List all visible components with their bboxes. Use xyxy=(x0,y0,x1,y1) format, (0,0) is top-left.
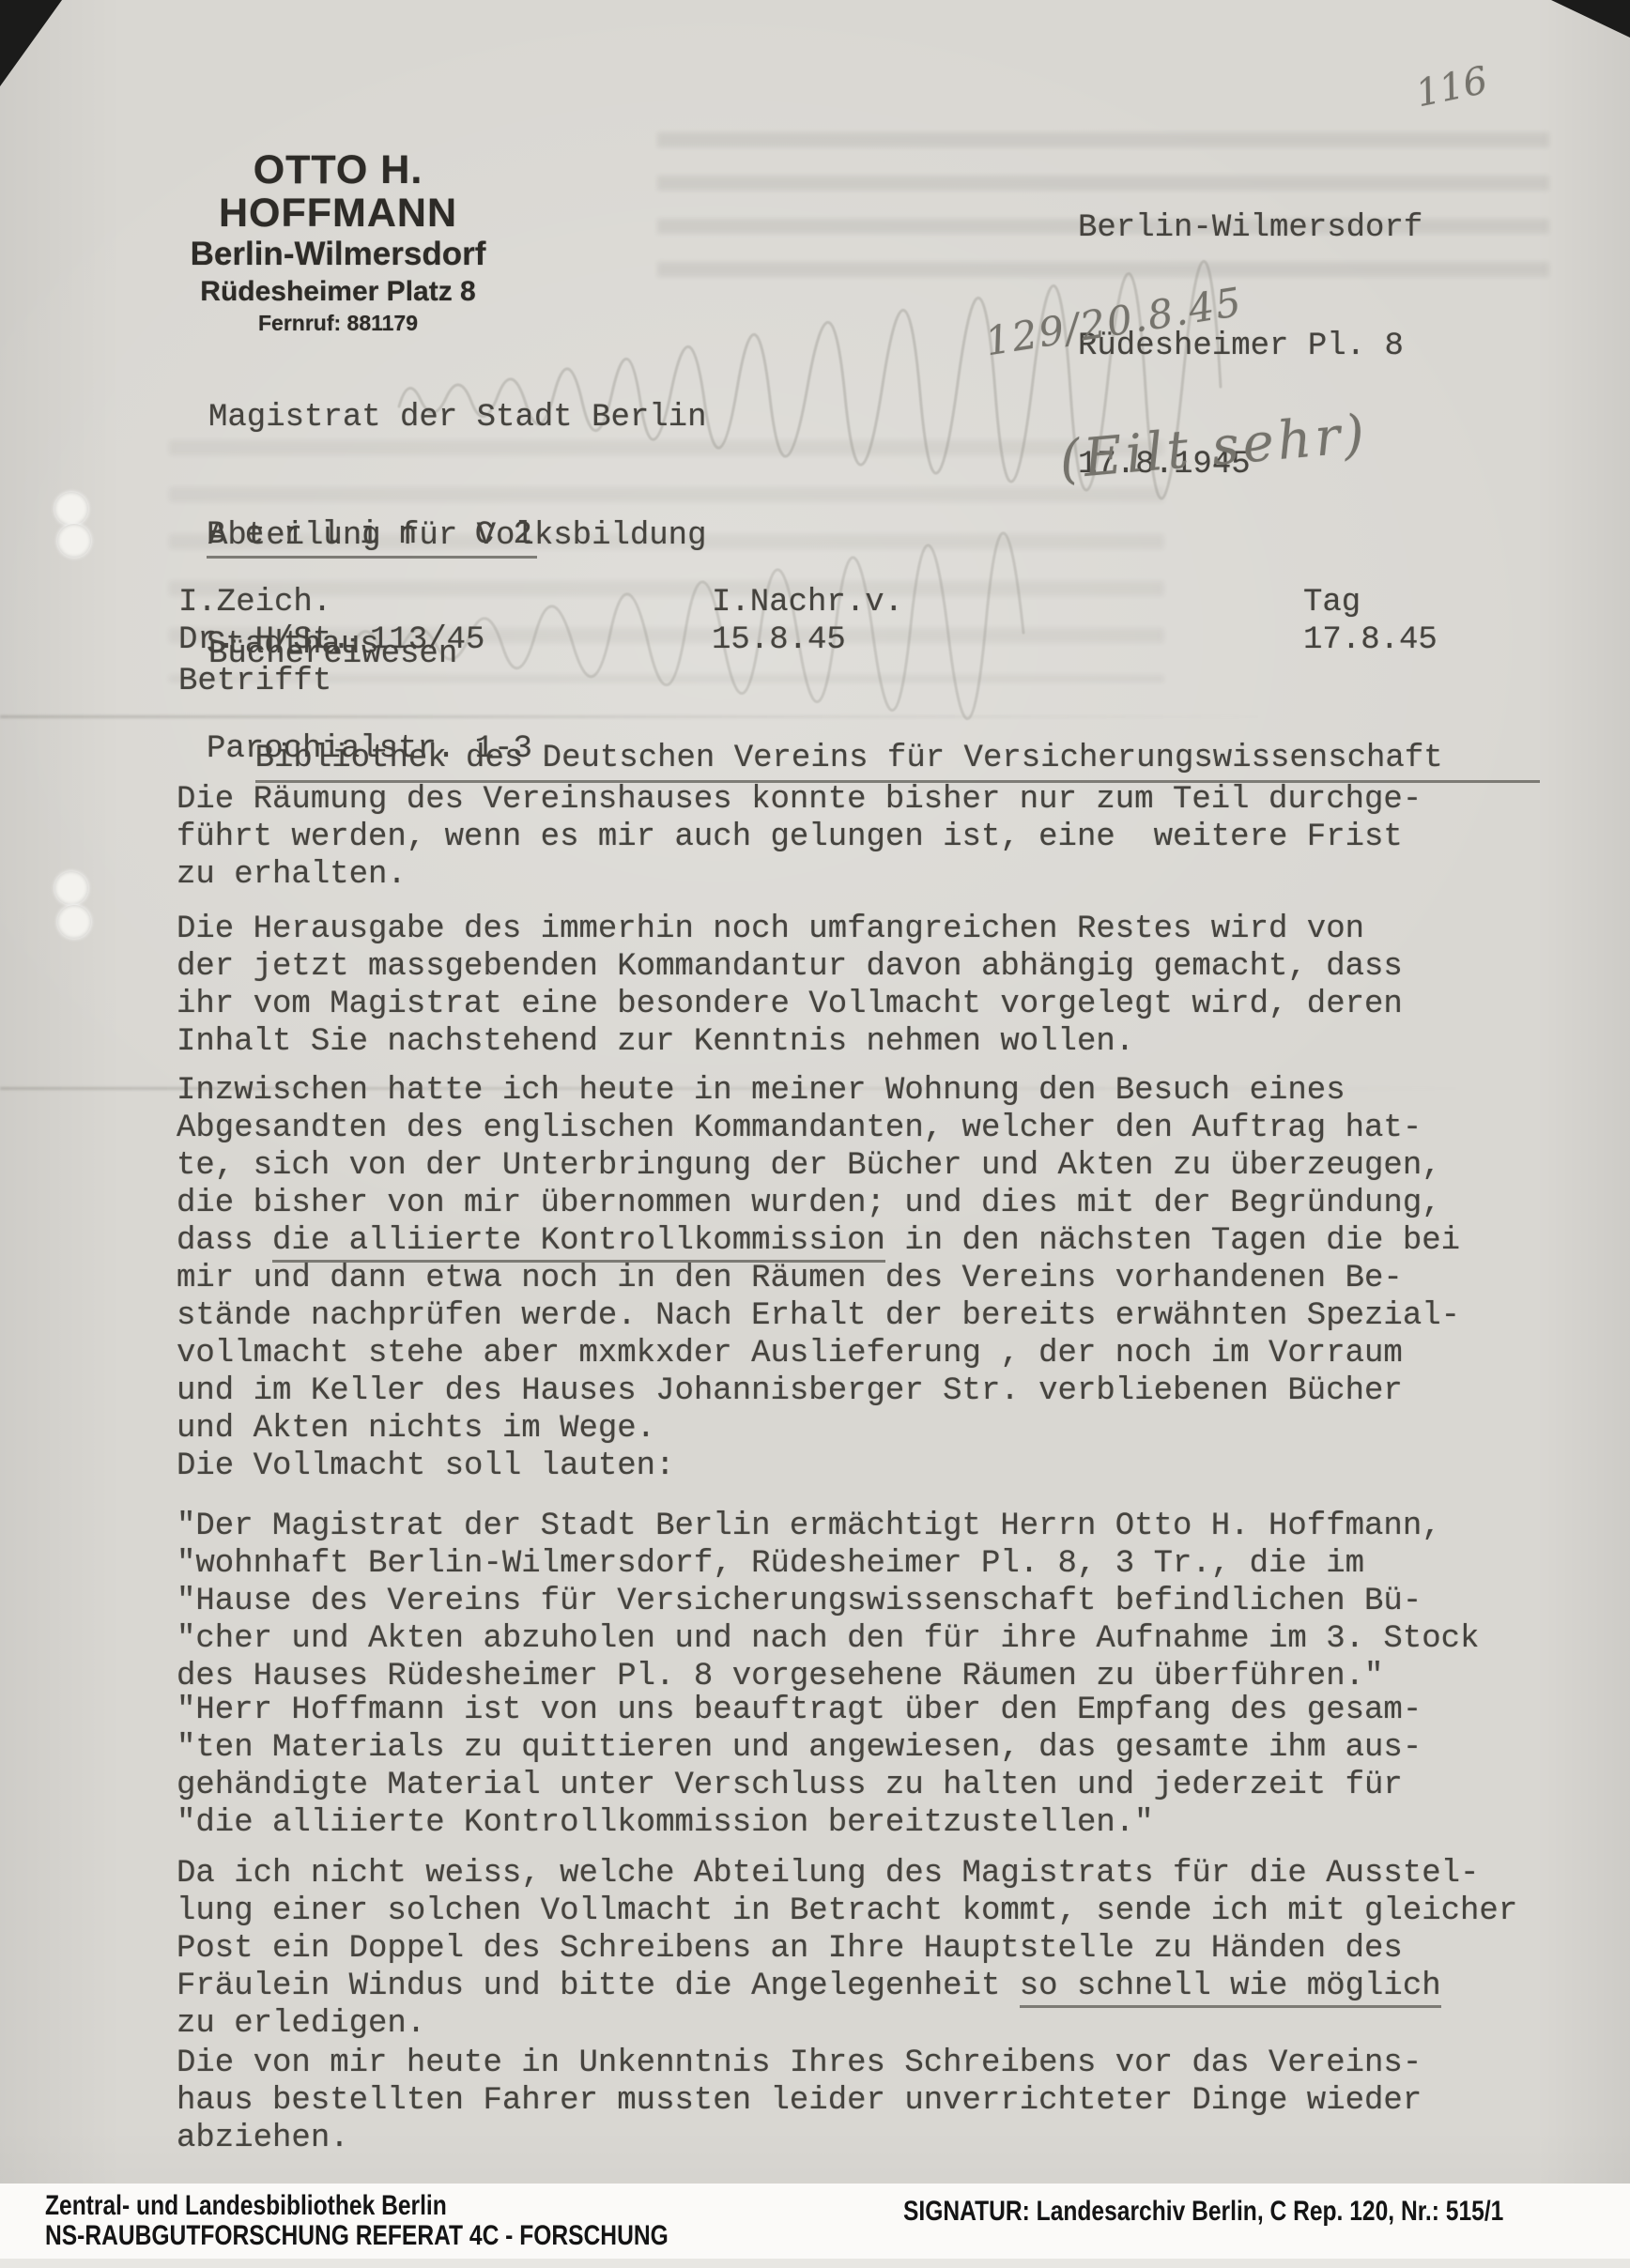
reference-value-zeichen: Dr. H/St. 113/45 xyxy=(178,621,484,659)
body-paragraph-4: Die Vollmacht soll lauten: xyxy=(177,1448,675,1485)
body-paragraph-1: Die Räumung des Vereinshauses konnte bis… xyxy=(177,781,1422,894)
recipient-city-line: B e r l i n C 2 xyxy=(207,518,537,559)
reference-label-zeichen: I.Zeich. xyxy=(178,584,331,621)
body-paragraph-6: "Herr Hoffmann ist von uns beauftragt üb… xyxy=(177,1692,1422,1842)
reference-label-tag: Tag xyxy=(1303,584,1361,621)
recipient-line1: Magistrat der Stadt Berlin xyxy=(208,398,707,437)
subject-text: Bibliothek des Deutschen Vereins für Ver… xyxy=(255,740,1540,783)
punch-hole xyxy=(54,492,88,526)
recipient-city: B e r l i n C 2 xyxy=(207,518,537,559)
letterhead-city: Berlin-Wilmersdorf xyxy=(150,235,526,274)
footer-institution-block: Zentral- und Landesbibliothek Berlin NS-… xyxy=(45,2191,805,2251)
footer-signature: SIGNATUR: Landesarchiv Berlin, C Rep. 12… xyxy=(903,2197,1503,2227)
reference-value-tag: 17.8.45 xyxy=(1303,621,1438,659)
footer-band-edge xyxy=(0,2259,1630,2268)
scanned-letter-page: OTTO H. HOFFMANN Berlin-Wilmersdorf Rüde… xyxy=(0,0,1630,2268)
body-paragraph-7: Da ich nicht weiss, welche Abteilung des… xyxy=(177,1855,1517,2043)
reference-value-nachricht: 15.8.45 xyxy=(712,621,846,659)
footer-institution: Zentral- und Landesbibliothek Berlin xyxy=(45,2191,447,2221)
body-paragraph-3: Inzwischen hatte ich heute in meiner Woh… xyxy=(177,1072,1460,1448)
letterhead-stamp: OTTO H. HOFFMANN Berlin-Wilmersdorf Rüde… xyxy=(150,148,526,337)
footer-signature-block: SIGNATUR: Landesarchiv Berlin, C Rep. 12… xyxy=(903,2197,1630,2227)
reference-label-nachricht: I.Nachr.v. xyxy=(712,584,903,621)
subject-label: Betrifft xyxy=(178,663,331,700)
dateline-block: Berlin-Wilmersdorf Rüdesheimer Pl. 8 17.… xyxy=(1078,130,1422,563)
body-paragraph-5: "Der Magistrat der Stadt Berlin ermächti… xyxy=(177,1508,1479,1695)
scanner-corner-shadow-top-left xyxy=(0,0,62,86)
scanner-corner-shadow-top-right xyxy=(1551,0,1630,38)
letterhead-name: OTTO H. HOFFMANN xyxy=(150,148,526,235)
dateline-city: Berlin-Wilmersdorf xyxy=(1078,208,1422,248)
punch-hole xyxy=(57,905,91,939)
body-paragraph-2: Die Herausgabe des immerhin noch umfangr… xyxy=(177,911,1403,1061)
punch-hole xyxy=(57,524,91,558)
body-paragraph-8: Die von mir heute in Unkenntnis Ihres Sc… xyxy=(177,2045,1422,2157)
footer-department: NS-RAUBGUTFORSCHUNG REFERAT 4C - FORSCHU… xyxy=(45,2221,669,2251)
letterhead-street: Rüdesheimer Platz 8 xyxy=(150,274,526,309)
handwritten-page-number: 116 xyxy=(1412,59,1491,116)
punch-hole xyxy=(54,871,88,905)
